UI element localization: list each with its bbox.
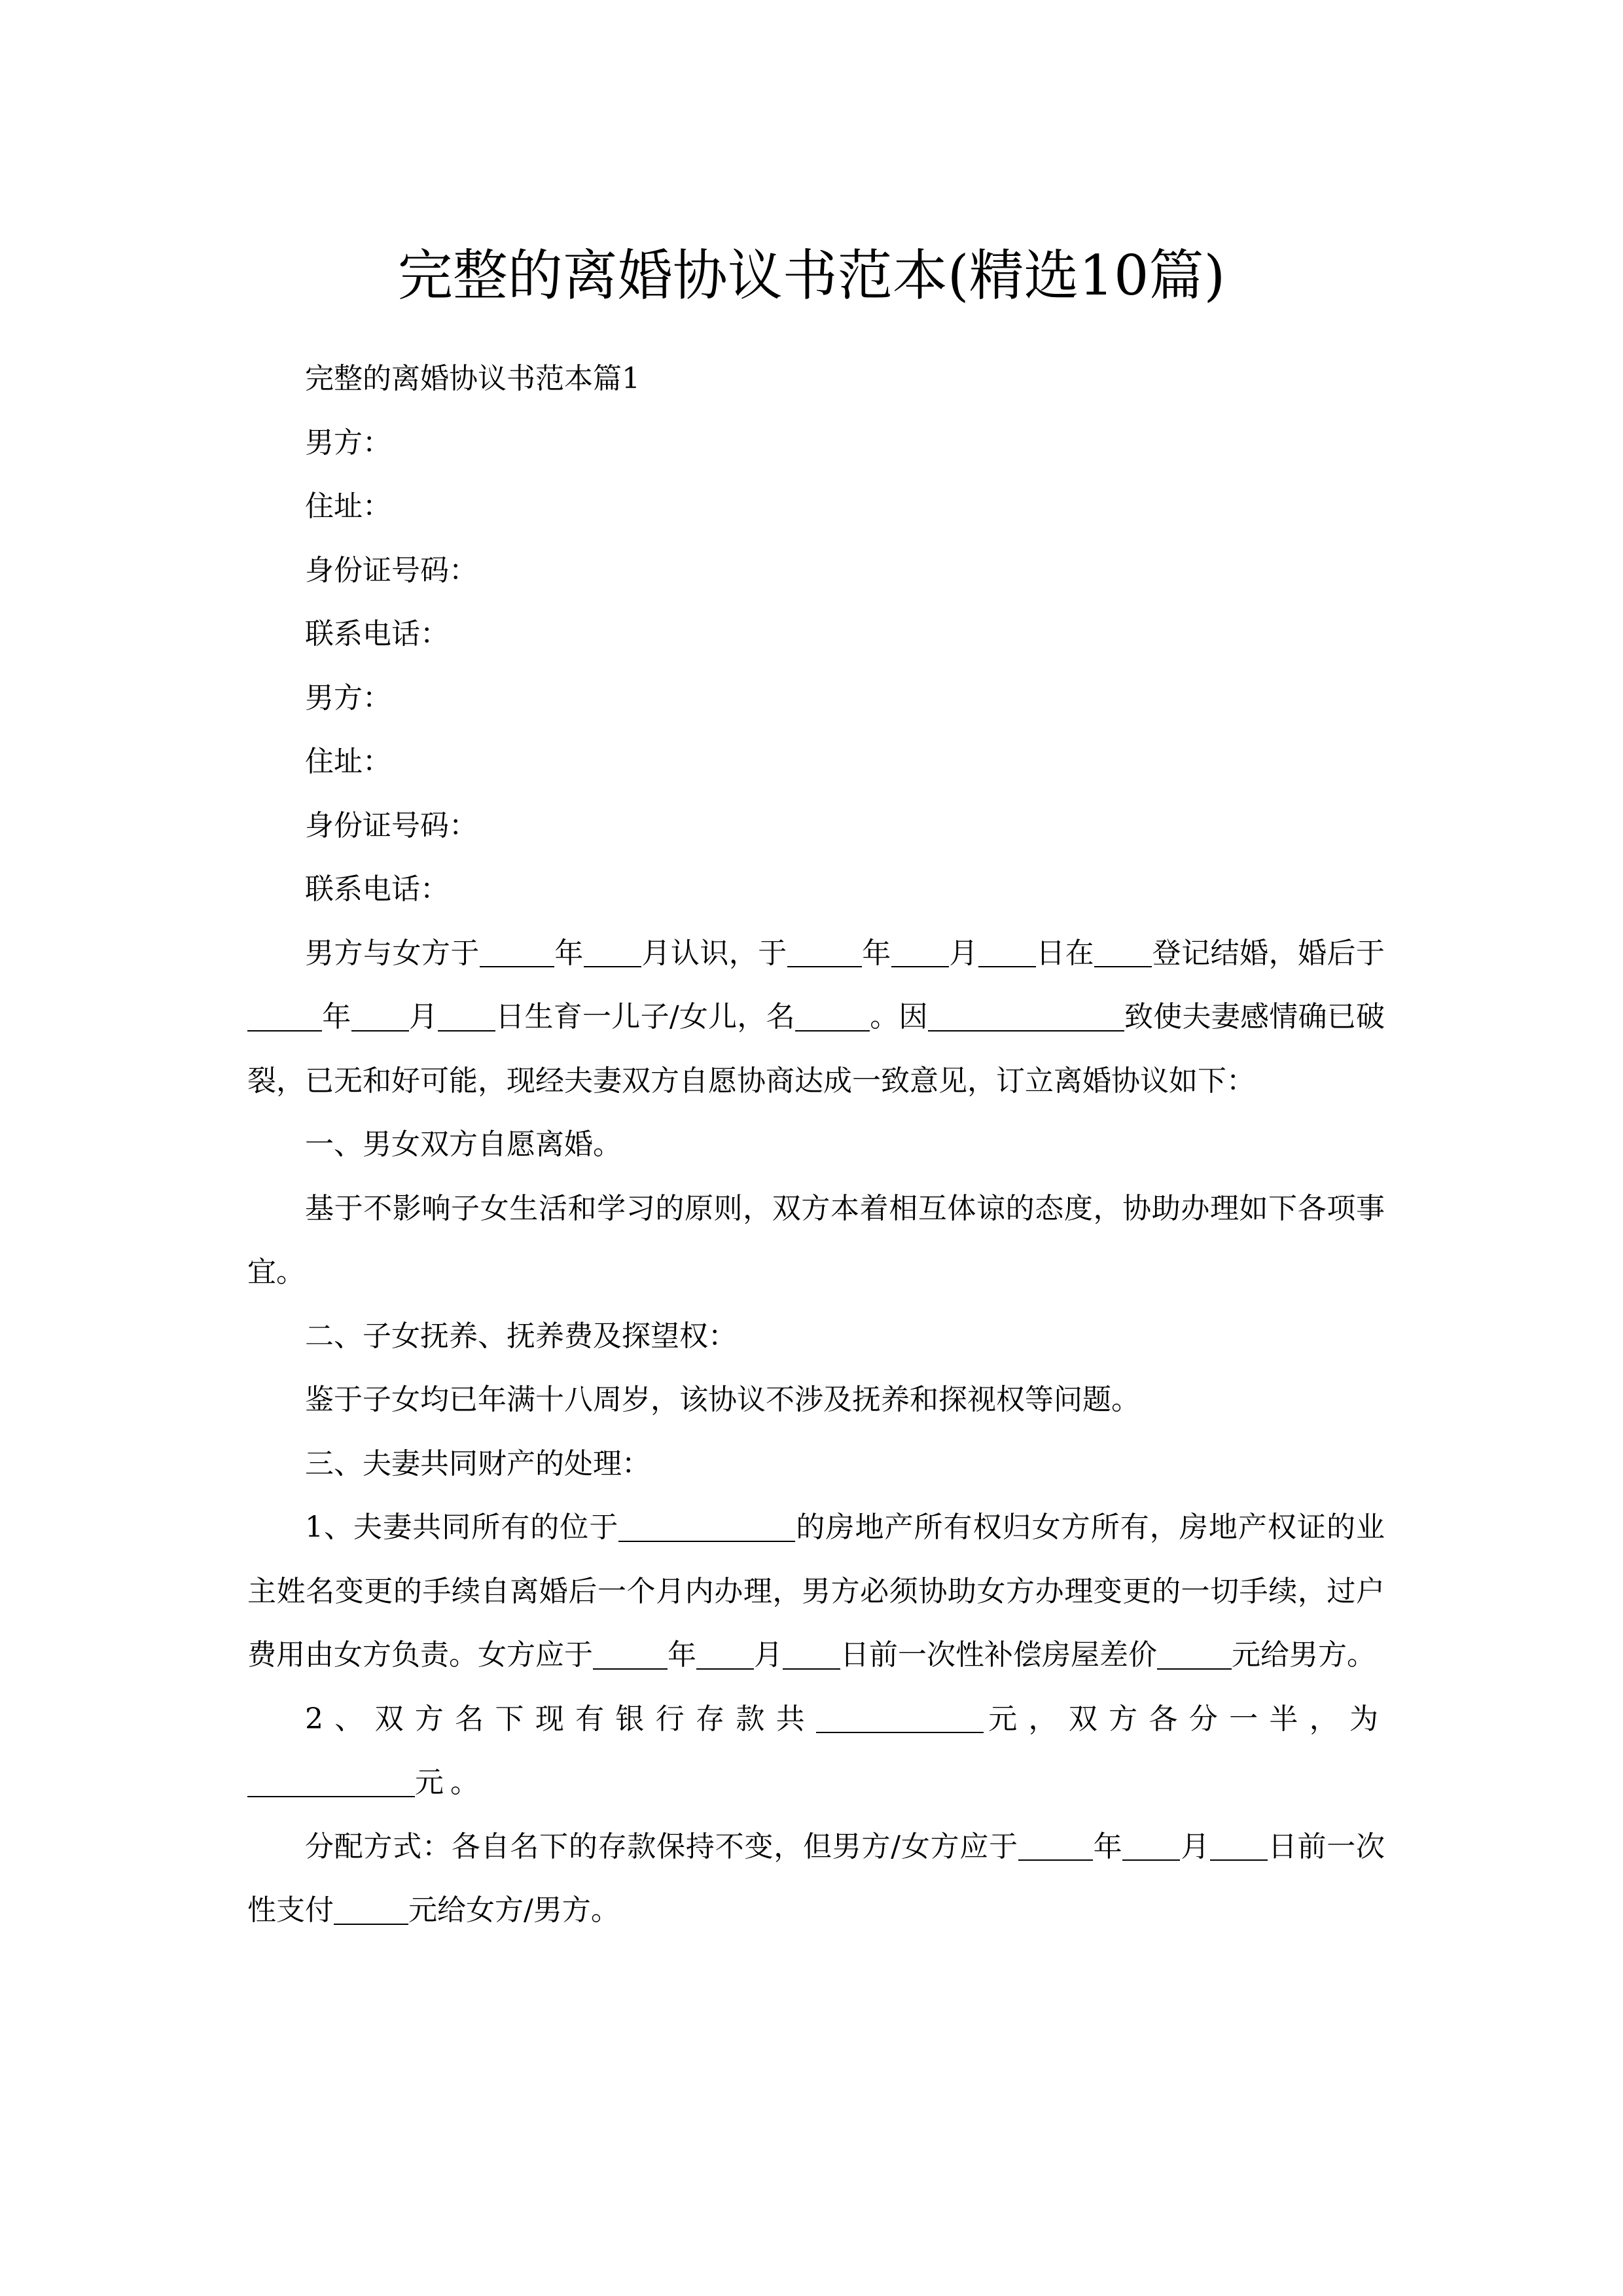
blank-field	[351, 1001, 409, 1031]
blank-field	[480, 937, 554, 967]
blank-field	[795, 1001, 870, 1031]
clause-1-body: 基于不影响子女生活和学习的原则，双方本着相互体谅的态度，协助办理如下各项事宜。	[247, 1177, 1385, 1304]
intro-text: 年	[862, 937, 891, 970]
clause-text: 元给男方。	[1232, 1638, 1376, 1672]
blank-field	[816, 1703, 984, 1733]
blank-field	[1018, 1831, 1093, 1861]
party-a-phone-label: 联系电话：	[247, 602, 1385, 666]
clause-text: 元给女方/男方。	[408, 1893, 620, 1927]
blank-field	[978, 937, 1036, 967]
clause-text: 日前一次性补偿房屋差价	[840, 1638, 1157, 1672]
blank-field	[891, 937, 949, 967]
blank-field	[593, 1640, 668, 1670]
document-body: 完整的离婚协议书范本篇1 男方： 住址： 身份证号码： 联系电话： 男方： 住址…	[247, 347, 1385, 1943]
intro-text: 日在	[1036, 937, 1094, 970]
clause-text: 2、双方名下现有银行存款共	[305, 1702, 816, 1736]
party-a-name-label: 男方：	[247, 411, 1385, 475]
intro-text: 。因	[870, 1000, 928, 1033]
intro-paragraph: 男方与女方于年月认识，于年月日在登记结婚，婚后于年月日生育一儿子/女儿，名。因致…	[247, 922, 1385, 1113]
clause-3-item-1: 1、夫妻共同所有的位于的房地产所有权归女方所有，房地产权证的业主姓名变更的手续自…	[247, 1496, 1385, 1687]
blank-field	[787, 937, 862, 967]
document-page: 完整的离婚协议书范本(精选10篇) 完整的离婚协议书范本篇1 男方： 住址： 身…	[0, 0, 1623, 2296]
party-b-name-label: 男方：	[247, 666, 1385, 730]
party-b-phone-label: 联系电话：	[247, 857, 1385, 922]
clause-2-body: 鉴于子女均已年满十八周岁，该协议不涉及抚养和探视权等问题。	[247, 1368, 1385, 1432]
blank-field	[1094, 937, 1152, 967]
party-a-id-label: 身份证号码：	[247, 539, 1385, 603]
intro-text: 日生育一儿子/女儿，名	[495, 1000, 795, 1033]
intro-text: 月	[949, 937, 978, 970]
clause-text: 1、夫妻共同所有的位于	[305, 1511, 618, 1544]
blank-field	[584, 937, 641, 967]
section-heading: 完整的离婚协议书范本篇1	[247, 347, 1385, 411]
document-title: 完整的离婚协议书范本(精选10篇)	[0, 233, 1623, 318]
party-a-address-label: 住址：	[247, 475, 1385, 539]
blank-field	[928, 1001, 1124, 1031]
party-b-address-label: 住址：	[247, 730, 1385, 794]
blank-field	[1157, 1640, 1232, 1670]
clause-text: 年	[1093, 1830, 1123, 1863]
clause-3-item-2: 2、双方名下现有银行存款共元，双方各分一半，为元。	[247, 1687, 1385, 1815]
intro-text: 年	[322, 1000, 351, 1033]
clause-text: 分配方式：各自名下的存款保持不变，但男方/女方应于	[305, 1830, 1018, 1863]
blank-field	[438, 1001, 495, 1031]
clause-text: 元。	[415, 1766, 486, 1799]
clause-3-heading: 三、夫妻共同财产的处理：	[247, 1432, 1385, 1496]
party-b-id-label: 身份证号码：	[247, 794, 1385, 858]
intro-text: 月认识，于	[641, 937, 787, 970]
clause-2-heading: 二、子女抚养、抚养费及探望权：	[247, 1304, 1385, 1369]
intro-text: 年	[554, 937, 584, 970]
clause-text: 年	[668, 1638, 696, 1672]
clause-text: 月	[754, 1638, 783, 1672]
clause-1-heading: 一、男女双方自愿离婚。	[247, 1113, 1385, 1177]
blank-field	[247, 1001, 322, 1031]
blank-field	[334, 1895, 408, 1925]
blank-field	[783, 1640, 840, 1670]
clause-text: 月	[1180, 1830, 1210, 1863]
blank-field	[247, 1767, 415, 1797]
clause-text: 元，双方各分一半，为	[984, 1702, 1385, 1736]
clause-3-distribution: 分配方式：各自名下的存款保持不变，但男方/女方应于年月日前一次性支付元给女方/男…	[247, 1815, 1385, 1943]
intro-text: 男方与女方于	[305, 937, 480, 970]
intro-text: 登记结婚，婚后于	[1152, 937, 1385, 970]
blank-field	[618, 1512, 795, 1542]
intro-text: 月	[409, 1000, 438, 1033]
blank-field	[1210, 1831, 1268, 1861]
blank-field	[1122, 1831, 1180, 1861]
blank-field	[696, 1640, 754, 1670]
